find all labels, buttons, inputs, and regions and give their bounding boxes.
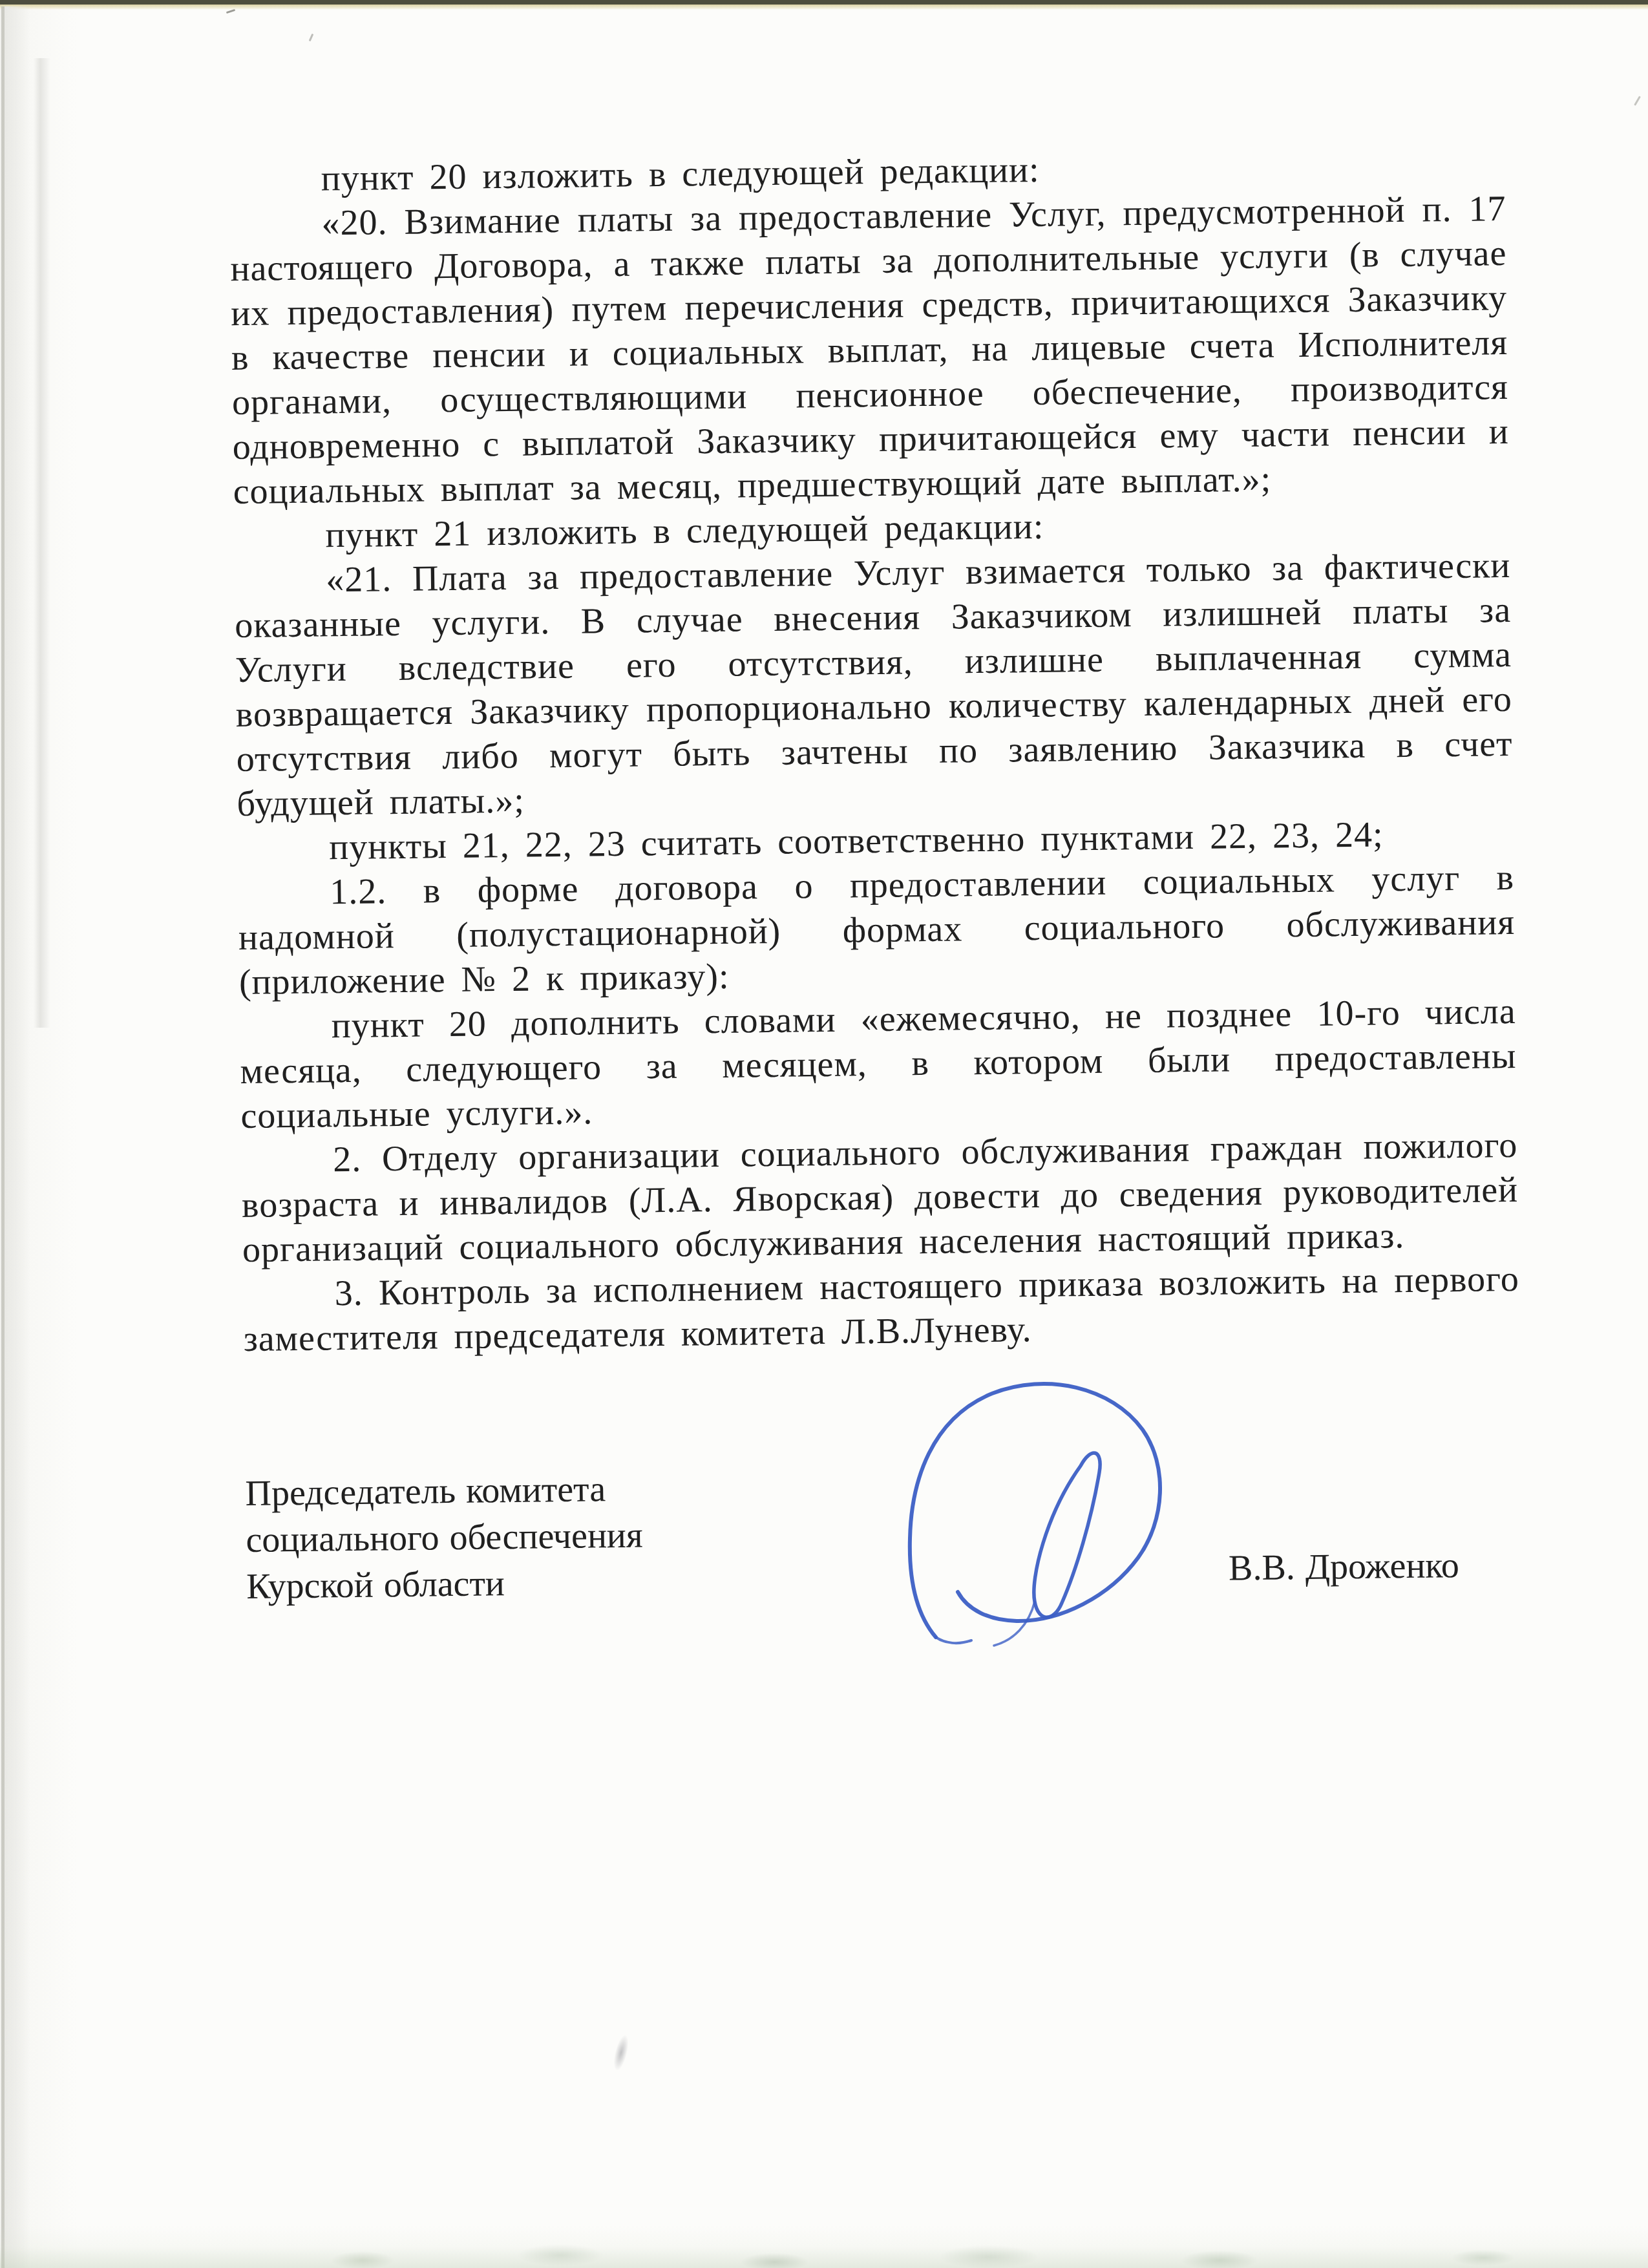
scan-speck: [1634, 96, 1641, 105]
paragraph-1-2: 1.2. в форме договора о предоставлении с…: [238, 856, 1516, 1005]
paragraph-point-20-text: «20. Взимание платы за предоставление Ус…: [229, 187, 1510, 514]
paper-crease: [34, 58, 50, 1028]
paragraph-2: 2. Отделу организации социального обслуж…: [241, 1123, 1519, 1273]
scanner-edge-bottom: [0, 2225, 1648, 2268]
scanner-edge-top-shadow: [0, 5, 1648, 10]
paragraph-point-20-amend: пункт 20 дополнить словами «ежемесячно, …: [239, 990, 1517, 1139]
scanner-edge-left: [5, 6, 30, 2268]
signer-name: В.В. Дроженко: [1229, 1542, 1460, 1591]
scan-smudge: [611, 2034, 631, 2072]
paragraph-point-21-text: «21. Плата за предоставление Услуг взима…: [234, 544, 1514, 827]
scan-speck: [309, 34, 314, 41]
document-page: пункт 20 изложить в следующей редакции: …: [0, 0, 1648, 2268]
handwritten-signature-icon: [853, 1369, 1202, 1653]
scanner-edge-top: [0, 0, 1648, 5]
paragraph-3: 3. Контроль за исполнением настоящего пр…: [242, 1257, 1520, 1362]
